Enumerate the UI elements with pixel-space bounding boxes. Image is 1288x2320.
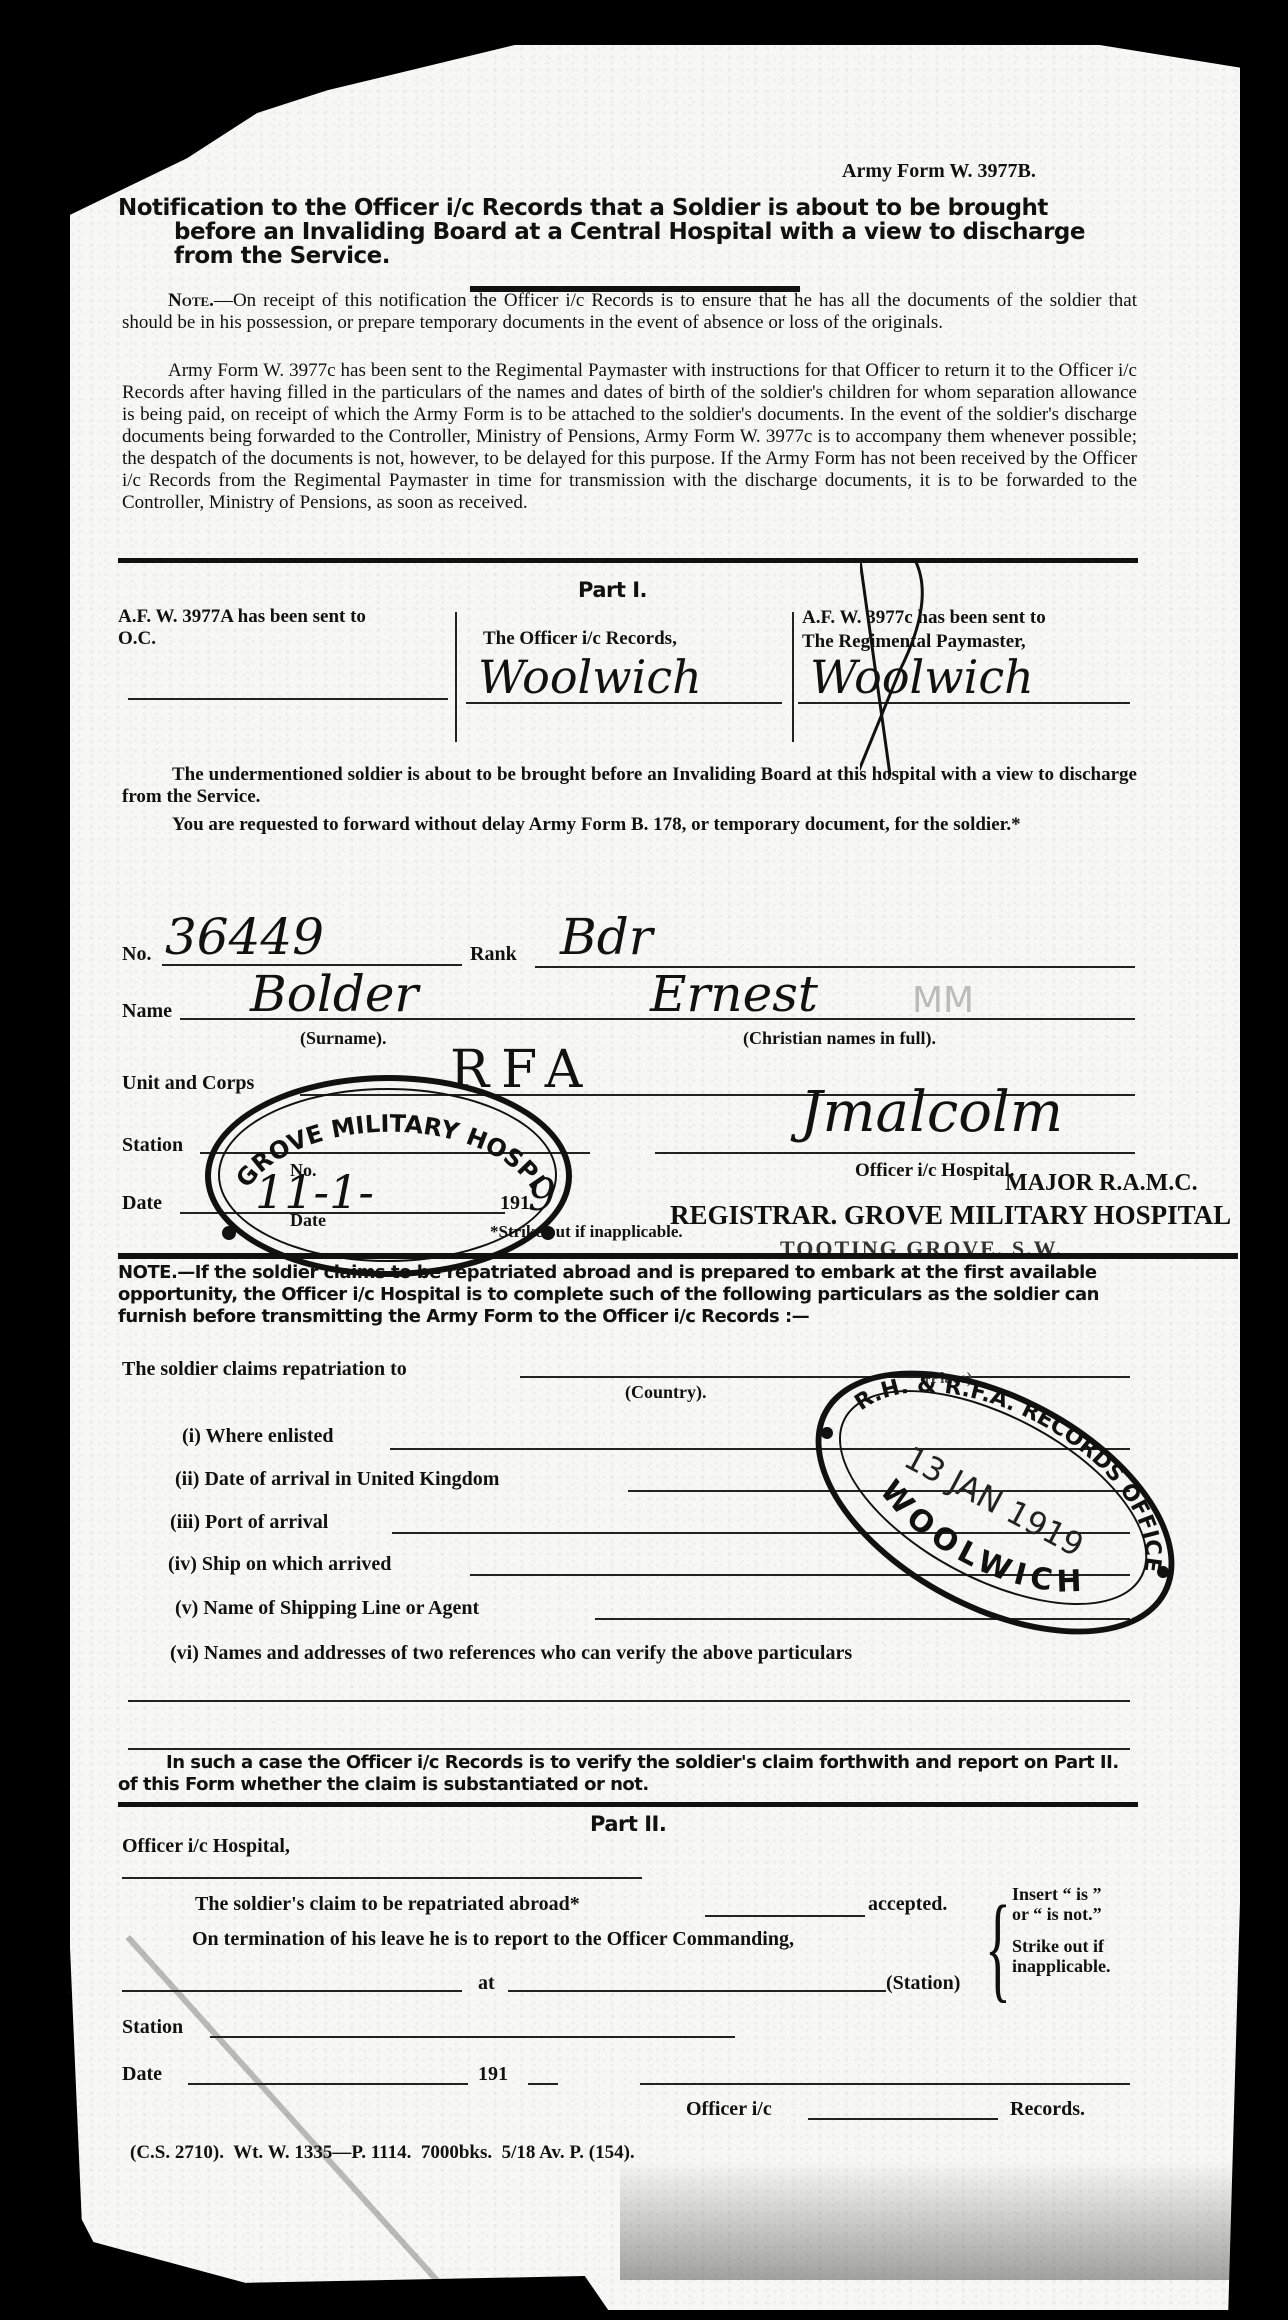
- station-caption: (Station): [886, 1972, 960, 1995]
- repat-item-5: (v) Name of Shipping Line or Agent: [175, 1597, 479, 1620]
- part2-date-label: Date: [122, 2063, 162, 2086]
- repat-item-6: (vi) Names and addresses of two referenc…: [170, 1642, 852, 1665]
- part2-officer-label: Officer i/c Hospital,: [122, 1835, 290, 1858]
- christian-name-value: Ernest: [650, 965, 818, 1023]
- column-divider: [792, 612, 794, 742]
- records-label: Records.: [1010, 2098, 1085, 2121]
- claim-field-line[interactable]: [705, 1915, 865, 1917]
- christian-caption: (Christian names in full).: [743, 1028, 936, 1049]
- svg-text:GROVE MILITARY HOSPITAL: GROVE MILITARY HOSPITAL: [205, 1075, 551, 1193]
- paymaster-line[interactable]: [798, 702, 1130, 704]
- section-divider: [118, 1253, 1238, 1259]
- major-ramc-stamp: MAJOR R.A.M.C.: [1005, 1170, 1198, 1197]
- oc-field-line[interactable]: [128, 698, 448, 700]
- side-note: Insert “ is ” or “ is not.” Strike out i…: [1012, 1884, 1111, 1976]
- stamp-date-label: Date: [290, 1210, 326, 1231]
- surname-value: Bolder: [250, 965, 418, 1023]
- oc-commanding-line[interactable]: [122, 1990, 462, 1992]
- surname-caption: (Surname).: [300, 1028, 387, 1049]
- claims-label: The soldier claims repatriation to: [122, 1358, 407, 1381]
- repatriation-note-text: —If the soldier claims to be repatriated…: [118, 1262, 1099, 1327]
- form-number: Army Form W. 3977B.: [842, 160, 1036, 183]
- part2-officer-line[interactable]: [122, 1877, 642, 1879]
- part2-station-field-line[interactable]: [210, 2036, 735, 2038]
- undermentioned-paragraph: The undermentioned soldier is about to b…: [122, 764, 1137, 808]
- section-divider: [118, 1802, 1138, 1807]
- form-title-line1: Notification to the Officer i/c Records …: [118, 196, 1178, 220]
- instruction-paragraph: Army Form W. 3977c has been sent to the …: [122, 360, 1137, 514]
- note-paragraph: Note.—On receipt of this notification th…: [122, 290, 1137, 334]
- officer-hospital-caption: Officer i/c Hospital.: [855, 1160, 1015, 1182]
- af-3977a-block: A.F. W. 3977A has been sent to O.C.: [118, 606, 366, 650]
- part2-year-line[interactable]: [528, 2083, 558, 2085]
- repat-item-4: (iv) Ship on which arrived: [168, 1553, 391, 1576]
- af-3977a-text: A.F. W. 3977A has been sent to: [118, 606, 366, 628]
- rank-label: Rank: [470, 943, 517, 966]
- station-label: Station: [122, 1134, 183, 1157]
- part1-heading: Part I.: [578, 578, 647, 602]
- signature-line[interactable]: [655, 1152, 1135, 1154]
- repatriation-note: NOTE.—If the soldier claims to be repatr…: [118, 1262, 1136, 1328]
- note-text: —On receipt of this notification the Off…: [122, 290, 1137, 333]
- rank-value: Bdr: [560, 908, 653, 966]
- form-title-line3: from the Service.: [118, 244, 1178, 268]
- references-line[interactable]: [128, 1700, 1130, 1702]
- verify-note: In such a case the Officer i/c Records i…: [118, 1752, 1136, 1796]
- repatriation-note-label: NOTE.: [118, 1262, 177, 1283]
- oc-label: O.C.: [118, 628, 366, 650]
- cross-mark-icon: [860, 560, 950, 780]
- no-label: No.: [122, 943, 151, 966]
- claim-text: The soldier's claim to be repatriated ab…: [195, 1893, 580, 1916]
- officer-records-label: The Officer i/c Records,: [483, 628, 677, 650]
- officer-records-line[interactable]: [466, 702, 782, 704]
- termination-text: On termination of his leave he is to rep…: [192, 1928, 794, 1951]
- no-value: 36449: [165, 908, 324, 966]
- part2-station-label: Station: [122, 2016, 183, 2039]
- part2-year-prefix: 191: [478, 2063, 508, 2086]
- honours-value: MM: [912, 980, 974, 1021]
- grove-hospital-stamp-ring-text: GROVE MILITARY HOSPITAL: [205, 1075, 575, 1275]
- request-paragraph: You are requested to forward without del…: [122, 814, 1137, 836]
- repat-item-2: (ii) Date of arrival in United Kingdom: [175, 1468, 499, 1491]
- officer-records-value: Woolwich: [478, 650, 702, 704]
- stamp-no-label: No.: [290, 1160, 317, 1181]
- officer-ic-label: Officer i/c: [686, 2098, 772, 2121]
- officer-signature: Jmalcolm: [800, 1080, 1063, 1145]
- accepted-label: accepted.: [868, 1893, 947, 1916]
- repat-item-1: (i) Where enlisted: [182, 1425, 333, 1448]
- country-caption: (Country).: [625, 1382, 707, 1403]
- form-title-line2: before an Invaliding Board at a Central …: [118, 220, 1178, 244]
- column-divider: [455, 612, 457, 742]
- paper-stain: [620, 2160, 1240, 2280]
- section-divider: [118, 558, 1138, 563]
- registrar-stamp: REGISTRAR. GROVE MILITARY HOSPITAL: [670, 1200, 1231, 1231]
- repat-item-3: (iii) Port of arrival: [170, 1511, 328, 1534]
- name-label: Name: [122, 1000, 172, 1023]
- print-code: (C.S. 2710). Wt. W. 1335—P. 1114. 7000bk…: [130, 2142, 635, 2164]
- form-title: Notification to the Officer i/c Records …: [118, 196, 1178, 268]
- verify-note-top-rule: [128, 1748, 1130, 1750]
- at-label: at: [478, 1972, 495, 1995]
- part2-station-line[interactable]: [508, 1990, 886, 1992]
- date-label: Date: [122, 1192, 162, 1215]
- part2-date-line[interactable]: [188, 2083, 468, 2085]
- records-office-line[interactable]: [808, 2118, 998, 2120]
- name-field-line[interactable]: [180, 1018, 1135, 1020]
- brace-icon: {: [985, 1888, 1011, 2007]
- rank-field-line[interactable]: [535, 966, 1135, 968]
- note-label: Note.: [168, 290, 214, 311]
- country-field-line[interactable]: [520, 1376, 1130, 1378]
- part2-heading: Part II.: [590, 1812, 666, 1836]
- records-officer-signature-line[interactable]: [640, 2083, 1130, 2085]
